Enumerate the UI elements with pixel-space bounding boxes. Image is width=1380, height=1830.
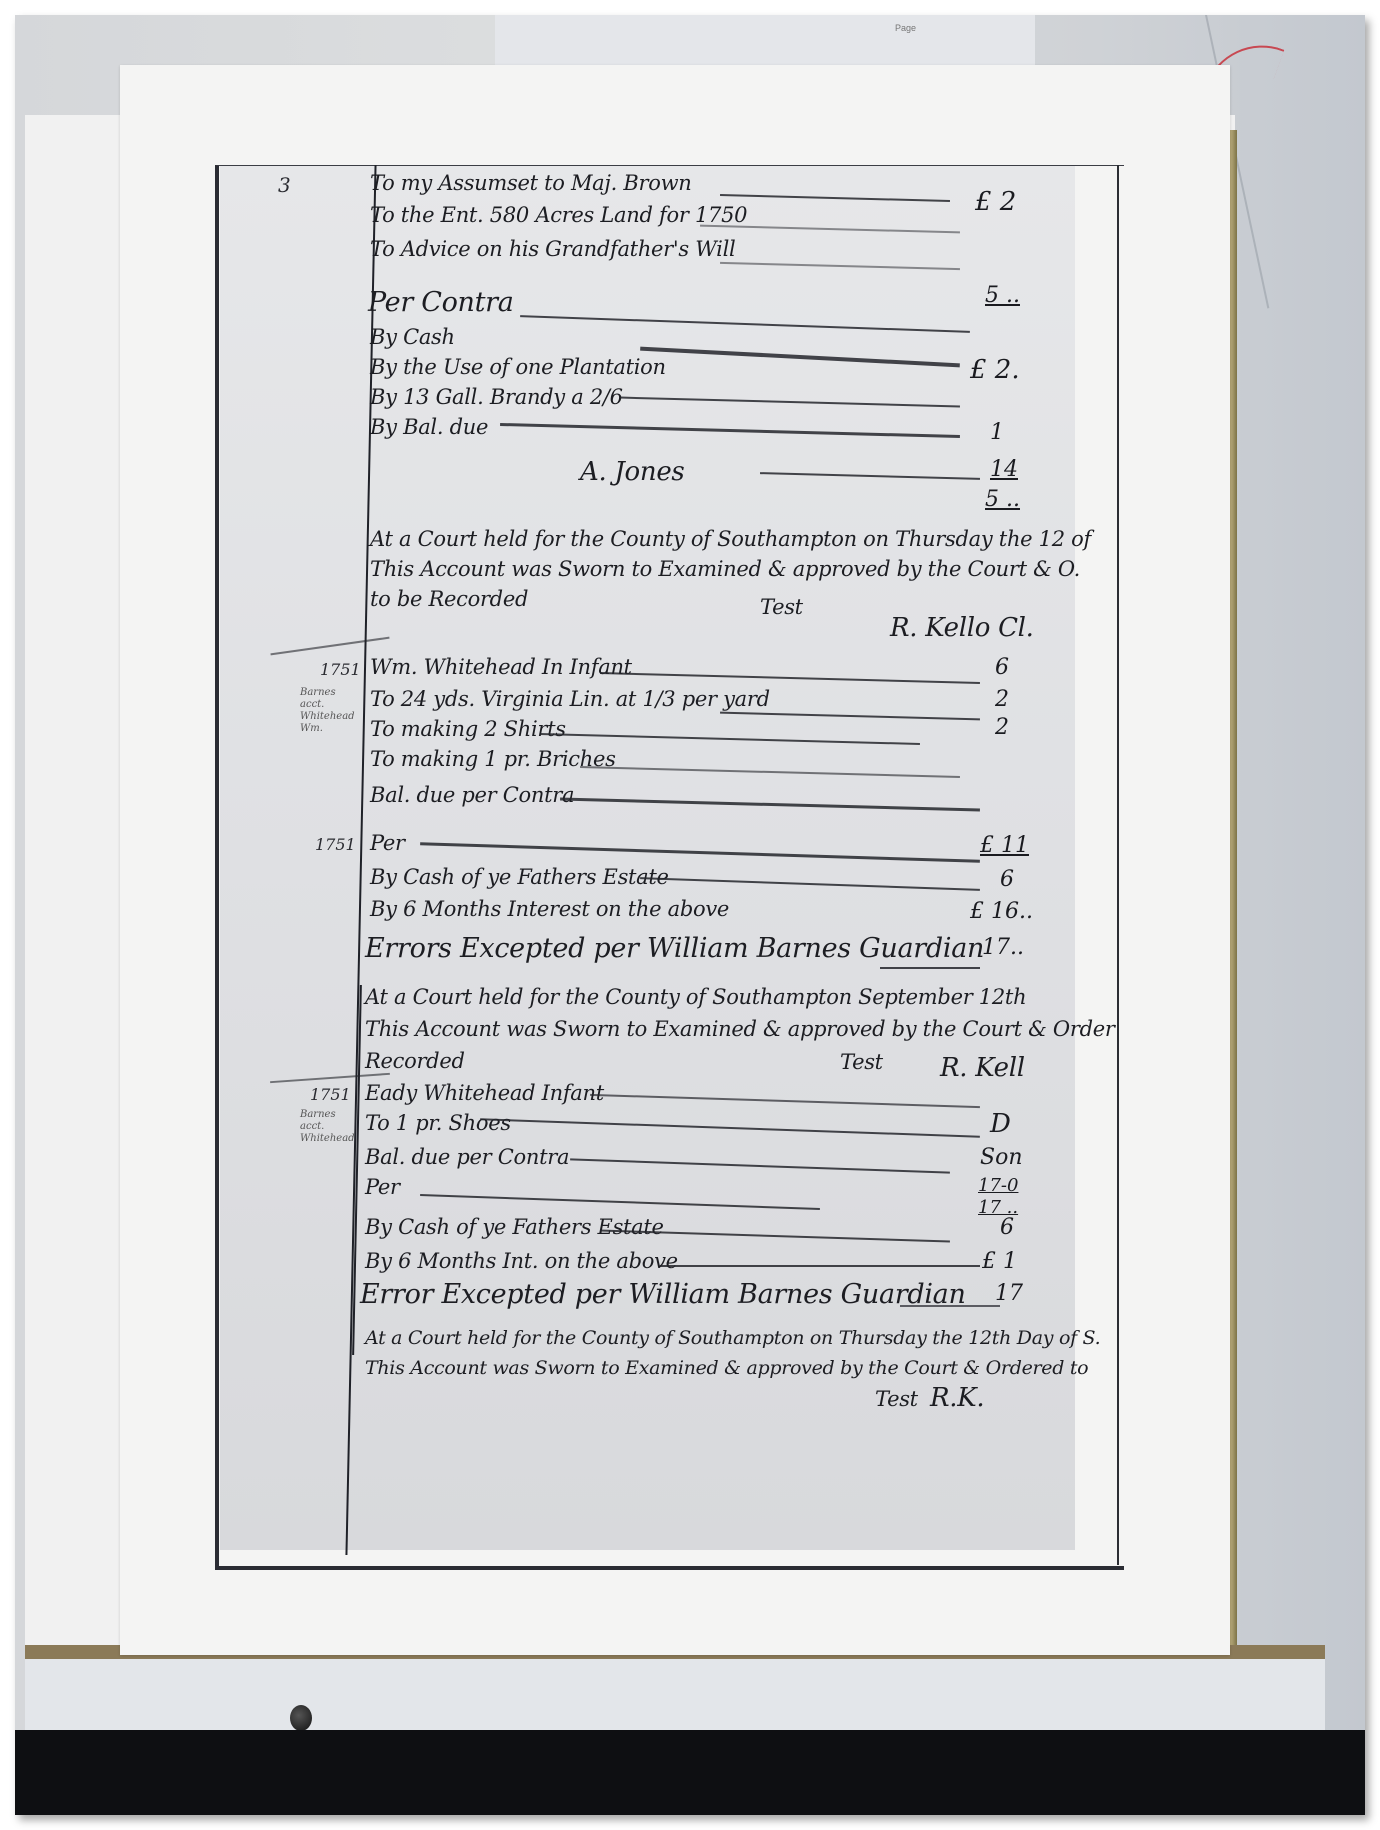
leader-line bbox=[720, 712, 980, 721]
ledger-line: To 1 pr. Shoes bbox=[365, 1111, 511, 1135]
photograph: Page 3 To my Assumset to Maj. Brown £ 2 … bbox=[15, 15, 1365, 1815]
section-heading: Wm. Whitehead In Infant bbox=[370, 655, 632, 679]
court-line: This Account was Sworn to Examined & app… bbox=[365, 1357, 1088, 1379]
margin-note: Barnes acct. Whitehead bbox=[300, 1109, 350, 1145]
ledger-content: 3 To my Assumset to Maj. Brown £ 2 To th… bbox=[120, 65, 1230, 1655]
divider-stroke bbox=[270, 637, 389, 656]
court-line: to be Recorded bbox=[370, 587, 528, 611]
court-line: At a Court held for the County of Southa… bbox=[365, 985, 1026, 1009]
amount: £ 1 bbox=[982, 1249, 1017, 1274]
section-heading: Eady Whitehead Infant bbox=[365, 1081, 604, 1105]
screw-icon bbox=[290, 1705, 312, 1731]
leader-line bbox=[720, 262, 960, 270]
amount: 2 bbox=[995, 715, 1009, 740]
leader-line bbox=[500, 423, 960, 438]
amount: £ 2. bbox=[970, 355, 1020, 385]
leader-line bbox=[900, 1305, 1000, 1307]
leader-line bbox=[880, 967, 980, 969]
leader-line bbox=[600, 672, 980, 684]
test-label: Test bbox=[760, 595, 803, 619]
leader-line bbox=[560, 798, 980, 812]
court-line: At a Court held for the County of Southa… bbox=[365, 1327, 1100, 1349]
amount: 5 .. bbox=[985, 487, 1020, 512]
ledger-line: Bal. due per Contra bbox=[370, 783, 574, 807]
amount: 2 bbox=[995, 687, 1009, 712]
court-line: Recorded bbox=[365, 1049, 465, 1073]
contra-heading: Per bbox=[370, 831, 405, 855]
ledger-line: Bal. due per Contra bbox=[365, 1145, 569, 1169]
ledger-line: To my Assumset to Maj. Brown bbox=[370, 171, 691, 195]
leader-line bbox=[590, 1094, 980, 1108]
leader-line bbox=[640, 347, 960, 368]
errors-excepted-line: Error Excepted per William Barnes Guardi… bbox=[360, 1279, 966, 1310]
margin-year: 1751 bbox=[320, 660, 361, 679]
leader-line bbox=[580, 766, 960, 778]
leader-line bbox=[640, 877, 980, 891]
leader-line bbox=[760, 472, 980, 480]
contra-line: By Cash bbox=[370, 325, 455, 349]
ledger-line: To the Ent. 580 Acres Land for 1750 bbox=[370, 203, 747, 227]
margin-year: 1751 bbox=[315, 835, 356, 854]
contra-line: By 6 Months Interest on the above bbox=[370, 897, 729, 921]
errors-excepted-line: Errors Excepted per William Barnes Guard… bbox=[365, 933, 984, 964]
margin-number: 3 bbox=[278, 173, 291, 197]
margin-year: 1751 bbox=[310, 1085, 351, 1104]
leader-line bbox=[480, 1118, 980, 1137]
contra-line: By 13 Gall. Brandy a 2/6 bbox=[370, 385, 623, 409]
amount: £ 16.. bbox=[970, 899, 1033, 924]
court-line: This Account was Sworn to Examined & app… bbox=[370, 557, 1080, 581]
ledger-line: To Advice on his Grandfather's Will bbox=[370, 237, 735, 261]
contra-line: By Cash of ye Fathers Estate bbox=[370, 865, 669, 889]
leader-line bbox=[540, 733, 920, 745]
test-label: Test bbox=[875, 1387, 918, 1411]
background-sheet-label: Page bbox=[895, 23, 916, 33]
leader-line bbox=[660, 1265, 980, 1267]
contra-line: By Cash of ye Fathers Estate bbox=[365, 1215, 664, 1239]
leader-line bbox=[570, 1158, 950, 1173]
leader-line bbox=[620, 397, 960, 408]
signature: A. Jones bbox=[580, 457, 684, 487]
contra-heading: Per Contra bbox=[368, 287, 514, 318]
amount: 5 .. bbox=[985, 283, 1020, 308]
amount: 14 bbox=[990, 457, 1018, 482]
leader-line bbox=[720, 194, 950, 202]
leader-line bbox=[520, 315, 970, 333]
amount: 6 bbox=[1000, 1215, 1014, 1240]
amount: D bbox=[990, 1109, 1011, 1139]
amount: Son bbox=[980, 1145, 1023, 1170]
clerk-signature: R. Kell bbox=[940, 1053, 1025, 1083]
ledger-line: To making 2 Shirts bbox=[370, 717, 566, 741]
amount: 1 bbox=[990, 420, 1004, 445]
amount: 17-0 bbox=[978, 1175, 1018, 1196]
leader-line bbox=[420, 842, 980, 863]
ledger-line: To 24 yds. Virginia Lin. at 1/3 per yard bbox=[370, 687, 770, 711]
clerk-signature: R.K. bbox=[930, 1383, 984, 1413]
court-line: This Account was Sworn to Examined & app… bbox=[365, 1017, 1115, 1041]
amount: 6 bbox=[995, 655, 1009, 680]
dark-floor bbox=[15, 1730, 1365, 1815]
printed-page: 3 To my Assumset to Maj. Brown £ 2 To th… bbox=[120, 65, 1230, 1655]
ledger-line: To making 1 pr. Briches bbox=[370, 747, 616, 771]
leader-line bbox=[420, 1194, 820, 1210]
clerk-signature: R. Kello Cl. bbox=[890, 613, 1034, 643]
contra-line: By 6 Months Int. on the above bbox=[365, 1249, 678, 1273]
contra-heading: Per bbox=[365, 1175, 400, 1199]
amount: 6 bbox=[1000, 867, 1014, 892]
amount: £ 2 bbox=[975, 187, 1016, 217]
contra-line: By Bal. due bbox=[370, 415, 488, 439]
court-line: At a Court held for the County of Southa… bbox=[370, 527, 1091, 551]
amount: 17 bbox=[995, 1281, 1023, 1306]
test-label: Test bbox=[840, 1050, 883, 1074]
leader-line bbox=[700, 225, 960, 234]
amount: 17.. bbox=[982, 935, 1024, 960]
margin-note: Barnes acct. Whitehead Wm. bbox=[300, 687, 350, 735]
amount: £ 11 bbox=[980, 833, 1029, 858]
contra-line: By the Use of one Plantation bbox=[370, 355, 666, 379]
